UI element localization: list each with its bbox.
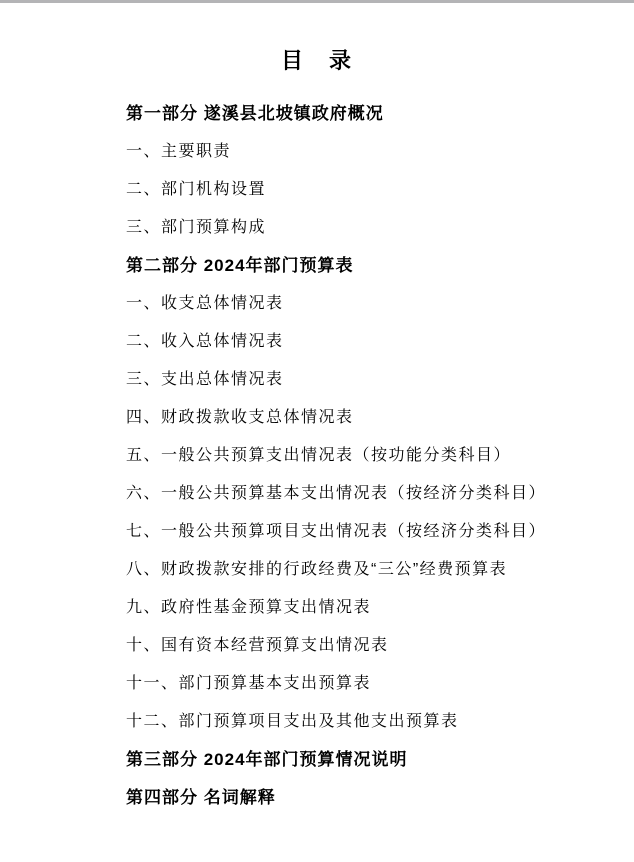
- toc-item: 二、收入总体情况表: [126, 332, 624, 370]
- toc-item: 九、政府性基金预算支出情况表: [126, 598, 624, 636]
- toc-item: 六、一般公共预算基本支出情况表（按经济分类科目）: [126, 484, 624, 522]
- toc-item: 三、部门预算构成: [126, 218, 624, 256]
- toc-section-heading: 第二部分 2024年部门预算表: [126, 256, 624, 294]
- toc-section-heading: 第三部分 2024年部门预算情况说明: [126, 750, 624, 788]
- document-page: 目 录 第一部分 遂溪县北坡镇政府概况一、主要职责二、部门机构设置三、部门预算构…: [0, 0, 634, 862]
- page-top-border: [0, 0, 634, 3]
- toc-section-heading: 第四部分 名词解释: [126, 788, 624, 826]
- toc-item: 二、部门机构设置: [126, 180, 624, 218]
- toc-item: 十二、部门预算项目支出及其他支出预算表: [126, 712, 624, 750]
- toc-item: 一、主要职责: [126, 142, 624, 180]
- toc-item: 七、一般公共预算项目支出情况表（按经济分类科目）: [126, 522, 624, 560]
- toc-item: 三、支出总体情况表: [126, 370, 624, 408]
- toc-item: 一、收支总体情况表: [126, 294, 624, 332]
- toc-item: 十一、部门预算基本支出预算表: [126, 674, 624, 712]
- toc-item: 四、财政拨款收支总体情况表: [126, 408, 624, 446]
- toc-item: 十、国有资本经营预算支出情况表: [126, 636, 624, 674]
- toc-item: 五、一般公共预算支出情况表（按功能分类科目）: [126, 446, 624, 484]
- toc-list: 第一部分 遂溪县北坡镇政府概况一、主要职责二、部门机构设置三、部门预算构成第二部…: [126, 104, 624, 826]
- toc-title: 目 录: [0, 46, 634, 76]
- toc-item: 八、财政拨款安排的行政经费及“三公”经费预算表: [126, 560, 624, 598]
- toc-section-heading: 第一部分 遂溪县北坡镇政府概况: [126, 104, 624, 142]
